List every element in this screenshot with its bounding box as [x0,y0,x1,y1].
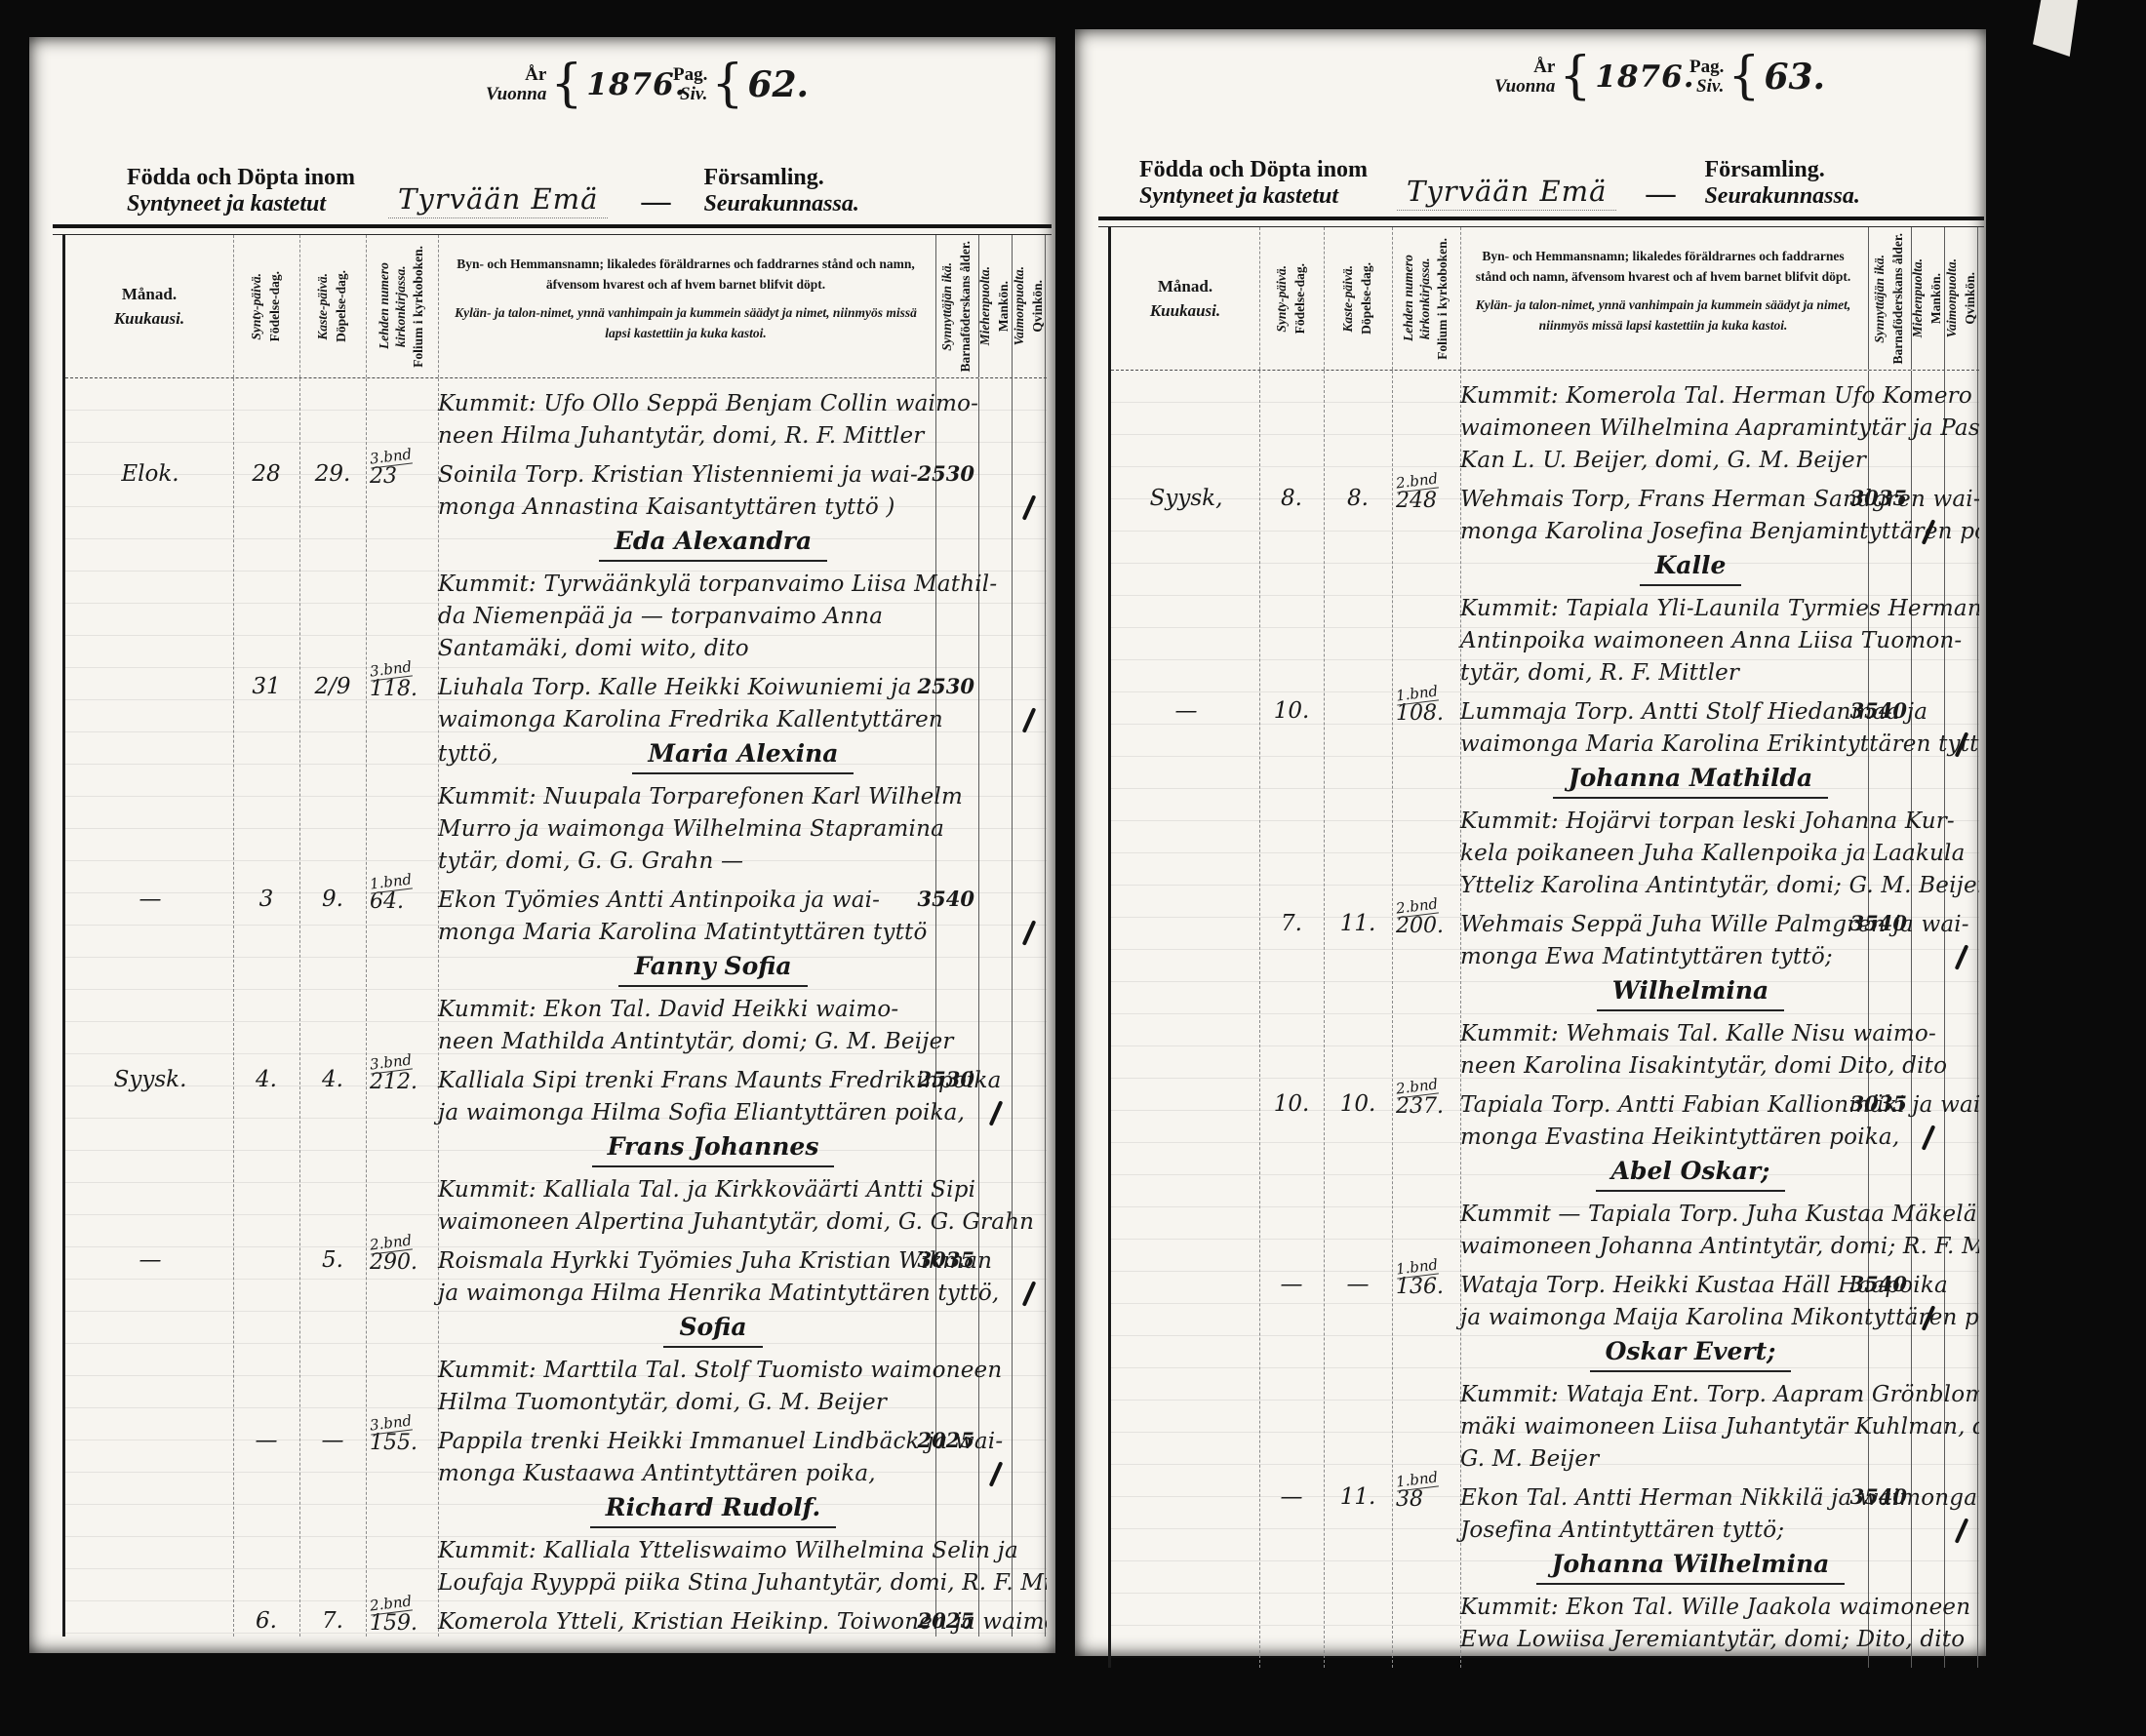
entry-birth-day: 4. [233,1067,299,1092]
child-name-line: Fanny Sofia [438,949,988,987]
godparents-line: waimoneen Wilhelmina Aapramintytär ja Pa… [1460,413,1921,445]
child-name-line: Johanna Mathilda [1460,761,1921,799]
child-name: Sofia [663,1310,762,1348]
register-entry: 6.7.2.bnd159.Komerola Ytteli, Kristian H… [65,1606,1047,1637]
entry-birth-day: — [1259,1272,1324,1297]
sex-tick-male [1922,1124,1936,1150]
register-entry: 7.11.2.bnd200.Wehmais Seppä Juha Wille P… [1111,909,1979,1011]
year-label: År Vuonna [1494,58,1555,97]
godparents-line: Kummit: Wehmais Tal. Kalle Nisu waimo- [1460,1018,1921,1050]
col-names-sv: Byn- och Hemmansnamn; likaledes föräldra… [448,255,924,296]
entry-folio-number: 108. [1396,701,1464,726]
year-block: År Vuonna { 1876. [486,64,687,105]
godparents-note: Kummit: Wehmais Tal. Kalle Nisu waimo-ne… [1111,1018,1979,1083]
child-name: Abel Oskar; [1596,1154,1786,1192]
entry-birth-day: — [233,1428,299,1453]
child-name-line: Eda Alexandra [438,524,988,562]
register-table: Månad. Kuukausi. Synty-päivä. Födelse-da… [1108,227,1979,1668]
title2-fi: Seurakunnassa. [1704,183,1859,211]
col-age-fi: Synnyttäjän ikä. [1872,255,1888,343]
child-name-line: Wilhelmina [1460,973,1921,1011]
godparents-line: G. M. Beijer [1460,1443,1921,1476]
entries-page-63: Kummit: Komerola Tal. Herman Ufo Komerow… [1111,371,1979,1656]
entry-birth-day: 28 [233,461,299,487]
col-header-female: Vaimonpuolta. Qvinkön. [1012,239,1047,374]
entry-line: Roismala Hyrkki Työmies Juha Kristian Wi… [438,1245,988,1278]
register-entry: Syysk.4.4.3.bnd212.Kalliala Sipi trenki … [65,1065,1047,1167]
page-number-value: 62. [747,64,809,105]
child-name: Oskar Evert; [1590,1334,1792,1372]
entry-folio: 2.bnd290. [366,1247,442,1275]
entry-line: Ekon Työmies Antti Antinpoika ja wai- [438,885,988,917]
mother-age: 3540 [918,887,974,911]
title-fi: Syntyneet ja kastetut [1139,183,1368,211]
entry-folio: 3.bnd23 [366,461,442,489]
pag-label-sv: Pag. [1689,58,1724,77]
entry-folio-number: 290. [370,1250,442,1275]
pag-label-fi: Siv. [673,85,707,104]
child-name: Kalle [1640,548,1742,586]
child-name-line: Sofia [438,1310,988,1348]
child-name-prefix: tyttö, [438,736,498,774]
child-name-line: Johanna Wilhelmina [1460,1547,1921,1585]
col-header-folio: Lehden numero kirkonkirjassa. Folium i k… [366,239,438,374]
entry-month: — [1117,698,1255,724]
mother-age: 3035 [1850,486,1907,510]
entry-folio-number: 237. [1396,1094,1464,1119]
godparents-note: Kummit: Marttila Tal. Stolf Tuomisto wai… [65,1355,1047,1419]
entry-line: waimonga Karolina Fredrika Kallentyttäre… [438,704,988,736]
register-title-2: Församling. Seurakunnassa. [703,165,858,218]
entry-line: waimonga Maria Karolina Erikintyttären t… [1460,729,1921,761]
register-entry: 312/93.bnd118.Liuhala Torp. Kalle Heikki… [65,672,1047,774]
entry-birth-day: 7. [1259,911,1324,936]
col-month-sv: Månad. [1158,277,1212,296]
col-birth-fi: Synty-päivä. [249,273,265,340]
title-sv: Födda och Döpta inom [127,165,355,190]
godparents-line: Kan L. U. Beijer, domi, G. M. Beijer [1460,445,1921,477]
godparents-line: Kummit: Hojärvi torpan leski Johanna Kur… [1460,806,1921,838]
godparents-line: Loufaja Ryyppä piika Stina Juhantytär, d… [438,1567,988,1599]
year-value: 1876. [586,67,686,102]
godparents-line: kela poikaneen Juha Kallenpoika ja Laaku… [1460,838,1921,870]
brace-glyph: { [711,64,743,105]
page-head: År Vuonna { 1876. Pag. Siv. { 62. [29,37,1055,144]
entry-line: Liuhala Torp. Kalle Heikki Koiwuniemi ja [438,672,988,704]
child-name-line: Richard Rudolf. [438,1490,988,1528]
col-folio-fi: Lehden numero kirkonkirjassa. [1401,231,1434,366]
pag-label-fi: Siv. [1689,77,1724,97]
entry-line: monga Ewa Matintyttären tyttö; [1460,941,1921,973]
year-label-fi: Vuonna [1494,77,1555,97]
entry-line: monga Evastina Heikintyttären poika, [1460,1122,1921,1154]
mother-age: 2025 [918,1608,974,1633]
col-header-mother-age: Synnyttäjän ikä. Barnaföderskans ålder. [1868,231,1911,366]
col-birth-fi: Synty-päivä. [1274,265,1291,333]
godparents-line: Kummit — Tapiala Torp. Juha Kustaa Mäkel… [1460,1199,1921,1231]
entry-baptism-day: 7. [299,1608,366,1634]
entry-folio: 2.bnd200. [1392,911,1464,938]
entry-month: Syysk. [71,1067,229,1092]
col-names-fi: Kylän- ja talon-nimet, ynnä vanhimpain j… [448,303,924,344]
col-header-baptism-day: Kaste-päivä. Döpelse-dag. [299,239,366,374]
entry-baptism-day: 11. [1324,1484,1392,1510]
mother-age: 2530 [918,1067,974,1091]
entry-baptism-day: 5. [299,1247,366,1273]
col-female-sv: Qvinkön. [1963,272,1979,325]
entry-month: Elok. [71,461,229,487]
year-label-fi: Vuonna [486,85,546,104]
col-header-names: Byn- och Hemmansnamn; likaledes föräldra… [438,239,934,374]
year-label-sv: År [1494,58,1555,77]
child-name-line: tyttö,Maria Alexina [438,736,988,774]
entry-baptism-day: 10. [1324,1091,1392,1117]
col-header-mother-age: Synnyttäjän ikä. Barnaföderskans ålder. [935,239,978,374]
child-name: Johanna Mathilda [1553,761,1828,799]
mother-age: 3035 [1850,1091,1907,1116]
godparents-line: Murro ja waimonga Wilhelmina Stapramina [438,813,988,846]
register-entry: Syysk,8.8.2.bnd248Wehmais Torp, Frans He… [1111,484,1979,586]
col-age-sv: Barnaföderskans ålder. [1890,233,1907,365]
entry-folio: 3.bnd155. [366,1428,442,1455]
register-page-63: År Vuonna { 1876. Pag. Siv. { 63. Födda … [1075,29,1986,1656]
godparents-line: Kummit: Ekon Tal. David Heikki waimo- [438,994,988,1026]
entry-line: Kalliala Sipi trenki Frans Maunts Fredri… [438,1065,988,1097]
page-number-label: Pag. Siv. [673,65,707,104]
godparents-line: Ytteliz Karolina Antintytär, domi; G. M.… [1460,870,1921,902]
col-age-fi: Synnyttäjän ikä. [939,262,956,351]
page-head: År Vuonna { 1876. Pag. Siv. { 63. [1075,29,1986,137]
col-female-sv: Qvinkön. [1030,280,1047,333]
title-dash: — [641,185,670,218]
col-birth-sv: Födelse-dag. [1292,263,1309,334]
entry-folio: 1.bnd136. [1392,1272,1464,1299]
entry-baptism-day: 4. [299,1067,366,1092]
sex-tick-female [1955,944,1969,969]
sex-tick-female [1022,920,1037,945]
register-entry: —10.1.bnd108.Lummaja Torp. Antti Stolf H… [1111,696,1979,799]
table-body: Kummit: Ufo Ollo Seppä Benjam Collin wai… [65,378,1047,1637]
year-block: År Vuonna { 1876. [1494,57,1695,98]
col-male-sv: Mankön. [996,281,1013,332]
godparents-note: Kummit: Komerola Tal. Herman Ufo Komerow… [1111,380,1979,477]
child-name: Frans Johannes [592,1129,835,1167]
godparents-line: Kummit: Nuupala Torparefonen Karl Wilhel… [438,781,988,813]
godparents-note: Kummit: Ekon Tal. David Heikki waimo-nee… [65,994,1047,1058]
entry-baptism-day: — [299,1428,366,1453]
brace-glyph: { [1728,57,1760,98]
col-header-birth-day: Synty-päivä. Födelse-dag. [233,239,299,374]
child-name: Wilhelmina [1597,973,1785,1011]
sex-tick-male [989,1461,1004,1486]
entry-folio-number: 118. [370,677,442,701]
title2-sv: Församling. [703,165,823,190]
entry-folio-number: 136. [1396,1275,1464,1299]
godparents-note: Kummit: Ufo Ollo Seppä Benjam Collin wai… [65,388,1047,453]
godparents-line: waimoneen Johanna Antintytär, domi; R. F… [1460,1231,1921,1263]
godparents-note: Kummit: Ekon Tal. Wille Jaakola waimonee… [1111,1592,1979,1656]
entry-folio: 1.bnd38 [1392,1484,1464,1512]
col-header-baptism-day: Kaste-päivä. Döpelse-dag. [1324,231,1392,366]
sex-tick-male [989,1100,1004,1125]
entry-line: Josefina Antintyttären tyttö; [1460,1515,1921,1547]
godparents-note: Kummit: Kalliala Tal. ja Kirkkoväärti An… [65,1174,1047,1239]
brace-glyph: { [1559,57,1591,98]
mother-age: 3540 [1850,1272,1907,1296]
godparents-line: tytär, domi, R. F. Mittler [1460,657,1921,690]
entry-folio-number: 248 [1396,489,1464,513]
entry-line: ja waimonga Hilma Henrika Matintyttären … [438,1278,988,1310]
col-month-sv: Månad. [122,285,177,303]
col-male-fi: Miehenpuolta. [977,266,994,345]
godparents-line: Kummit: Marttila Tal. Stolf Tuomisto wai… [438,1355,988,1387]
title-row: Födda och Döpta inom Syntyneet ja kastet… [29,144,1055,224]
child-name: Richard Rudolf. [590,1490,836,1528]
col-folio-sv: Folium i kyrkoboken. [1435,238,1451,360]
entry-baptism-day: 9. [299,887,366,912]
col-header-folio: Lehden numero kirkonkirjassa. Folium i k… [1392,231,1460,366]
register-entry: —39.1.bnd64.Ekon Työmies Antti Antinpoik… [65,885,1047,987]
entries-page-62: Kummit: Ufo Ollo Seppä Benjam Collin wai… [65,378,1047,1637]
mother-age: 3540 [1850,1484,1907,1509]
child-name-line: Frans Johannes [438,1129,988,1167]
godparents-line: Kummit: Ekon Tal. Wille Jaakola waimonee… [1460,1592,1921,1624]
godparents-note: Kummit — Tapiala Torp. Juha Kustaa Mäkel… [1111,1199,1979,1263]
register-entry: ——1.bnd136.Wataja Torp. Heikki Kustaa Hä… [1111,1270,1979,1372]
brace-glyph: { [550,64,582,105]
entry-line: Pappila trenki Heikki Immanuel Lindbäck … [438,1426,988,1458]
table-header: Månad. Kuukausi. Synty-päivä. Födelse-da… [1111,227,1979,371]
entry-month: — [71,887,229,912]
entry-folio-number: 159. [370,1611,442,1636]
mother-age: 3540 [1850,698,1907,723]
entry-month: — [71,1247,229,1273]
col-header-male: Miehenpuolta. Mankön. [978,239,1012,374]
page-number-label: Pag. Siv. [1689,58,1724,97]
entry-line: ja waimonga Maija Karolina Mikontyttären… [1460,1302,1921,1334]
entry-folio-number: 23 [370,464,442,489]
godparents-line: Kummit: Komerola Tal. Herman Ufo Komero [1460,380,1921,413]
entry-birth-day: 10. [1259,1091,1324,1117]
child-name: Fanny Sofia [618,949,807,987]
godparents-line: mäki waimoneen Liisa Juhantytär Kuhlman,… [1460,1411,1921,1443]
child-name-line: Abel Oskar; [1460,1154,1921,1192]
entry-folio: 3.bnd212. [366,1067,442,1094]
col-header-birth-day: Synty-päivä. Födelse-dag. [1259,231,1324,366]
pag-label-sv: Pag. [673,65,707,85]
col-names-sv: Byn- och Hemmansnamn; likaledes föräldra… [1470,247,1856,288]
col-names-fi: Kylän- ja talon-nimet, ynnä vanhimpain j… [1470,296,1856,336]
parish-name-handwritten: Tyrvään Emä [1397,175,1616,211]
col-header-female: Vaimonpuolta. Qvinkön. [1944,231,1979,366]
entry-line: Soinila Torp. Kristian Ylistenniemi ja w… [438,459,988,492]
entry-line: ja waimonga Hilma Sofia Eliantyttären po… [438,1097,988,1129]
godparents-line: Antinpoika waimoneen Anna Liisa Tuomon- [1460,625,1921,657]
godparents-note: Kummit: Hojärvi torpan leski Johanna Kur… [1111,806,1979,902]
page-number-value: 63. [1764,57,1825,98]
entry-folio: 2.bnd237. [1392,1091,1464,1119]
table-body: Kummit: Komerola Tal. Herman Ufo Komerow… [1111,371,1979,1668]
entry-birth-day: 3 [233,887,299,912]
register-title-2: Församling. Seurakunnassa. [1704,157,1859,211]
entry-line: monga Annastina Kaisantyttären tyttö ) [438,492,988,524]
entry-folio: 1.bnd108. [1392,698,1464,726]
godparents-line: Hilma Tuomontytär, domi, G. M. Beijer [438,1387,988,1419]
col-month-fi: Kuukausi. [1150,298,1220,324]
entry-folio-number: 200. [1396,914,1464,938]
mother-age: 2530 [918,461,974,486]
col-male-sv: Mankön. [1928,273,1945,324]
col-male-fi: Miehenpuolta. [1910,258,1927,337]
mother-age: 3540 [1850,911,1907,935]
entry-birth-day: 10. [1259,698,1324,724]
year-value: 1876. [1595,59,1694,95]
godparents-note: Kummit: Kalliala Ytteliswaimo Wilhelmina… [65,1535,1047,1599]
title2-fi: Seurakunnassa. [703,191,858,218]
col-folio-sv: Folium i kyrkoboken. [411,246,427,368]
col-header-names: Byn- och Hemmansnamn; likaledes föräldra… [1460,231,1866,366]
sex-tick-female [1022,494,1037,520]
register-entry: —11.1.bnd38Ekon Tal. Antti Herman Nikkil… [1111,1482,1979,1585]
sex-tick-female [1022,707,1037,732]
entry-baptism-day: 29. [299,461,366,487]
col-female-fi: Vaimonpuolta. [1944,258,1961,337]
godparents-note: Kummit: Tapiala Yli-Launila Tyrmies Herm… [1111,593,1979,690]
register-entry: ——3.bnd155.Pappila trenki Heikki Immanue… [65,1426,1047,1528]
entry-birth-day: 8. [1259,486,1324,511]
col-header-month: Månad. Kuukausi. [65,239,233,374]
child-name: Johanna Wilhelmina [1536,1547,1846,1585]
sex-tick-female [1022,1281,1037,1306]
title-rule [53,224,1052,235]
title-row: Födda och Döpta inom Syntyneet ja kastet… [1075,137,1986,217]
entry-birth-day: 31 [233,674,299,699]
godparents-note: Kummit: Nuupala Torparefonen Karl Wilhel… [65,781,1047,878]
entry-folio: 1.bnd64. [366,887,442,914]
col-month-fi: Kuukausi. [114,306,184,332]
entry-month: Syysk, [1117,486,1255,511]
godparents-line: Kummit: Kalliala Ytteliswaimo Wilhelmina… [438,1535,988,1567]
register-page-62: År Vuonna { 1876. Pag. Siv. { 62. Födda … [29,37,1055,1653]
godparents-line: neen Karolina Iisakintytär, domi Dito, d… [1460,1050,1921,1083]
register-entry: Elok.2829.3.bnd23Soinila Torp. Kristian … [65,459,1047,562]
entry-baptism-day: 8. [1324,486,1392,511]
entry-line: Komerola Ytteli, Kristian Heikinp. Toiwo… [438,1606,988,1637]
mother-age: 2025 [918,1428,974,1452]
mother-age: 3035 [918,1247,974,1272]
entry-folio-number: 212. [370,1070,442,1094]
godparents-line: tytär, domi, G. G. Grahn — [438,846,988,878]
title2-sv: Församling. [1704,157,1824,182]
entry-line: monga Maria Karolina Matintyttären tyttö [438,917,988,949]
godparents-line: da Niemenpää ja — torpanvaimo Anna [438,601,988,633]
register-entry: 10.10.2.bnd237.Tapiala Torp. Antti Fabia… [1111,1089,1979,1192]
godparents-line: Santamäki, domi wito, dito [438,633,988,665]
entry-folio: 3.bnd118. [366,674,442,701]
godparents-note: Kummit: Tyrwäänkylä torpanvaimo Liisa Ma… [65,569,1047,665]
entry-line: monga Kustaawa Antintyttären poika, [438,1458,988,1490]
parish-name-handwritten: Tyrvään Emä [388,182,608,218]
entry-folio: 2.bnd159. [366,1608,442,1636]
entry-birth-day: — [1259,1484,1324,1510]
godparents-line: Kummit: Ufo Ollo Seppä Benjam Collin wai… [438,388,988,420]
entry-folio-number: 38 [1396,1487,1464,1512]
year-label-sv: År [486,65,546,85]
godparents-line: Kummit: Kalliala Tal. ja Kirkkoväärti An… [438,1174,988,1206]
scanned-register-spread: År Vuonna { 1876. Pag. Siv. { 62. Födda … [0,0,2146,1736]
register-table: Månad. Kuukausi. Synty-päivä. Födelse-da… [62,235,1047,1637]
col-female-fi: Vaimonpuolta. [1012,266,1028,345]
entry-folio: 2.bnd248 [1392,486,1464,513]
register-entry: —5.2.bnd290.Roismala Hyrkki Työmies Juha… [65,1245,1047,1348]
godparents-line: neen Mathilda Antintytär, domi; G. M. Be… [438,1026,988,1058]
entry-baptism-day: 11. [1324,911,1392,936]
godparents-line: Kummit: Tyrwäänkylä torpanvaimo Liisa Ma… [438,569,988,601]
entry-folio-number: 64. [370,889,442,914]
title-fi: Syntyneet ja kastetut [127,191,355,218]
col-folio-fi: Lehden numero kirkonkirjassa. [377,239,410,374]
entry-line: monga Karolina Josefina Benjamintyttären… [1460,516,1921,548]
entry-baptism-day: 2/9 [299,674,366,699]
entry-birth-day: 6. [233,1608,299,1634]
sex-tick-female [1955,1518,1969,1543]
table-header: Månad. Kuukausi. Synty-päivä. Födelse-da… [65,235,1047,378]
col-baptism-fi: Kaste-päivä. [1340,265,1357,333]
godparents-line: Ewa Lowiisa Jeremiantytär, domi; Dito, d… [1460,1624,1921,1656]
mother-age: 2530 [918,674,974,698]
page-number-block: Pag. Siv. { 62. [673,64,809,105]
paper-edge-notch [2033,0,2078,57]
col-baptism-sv: Döpelse-dag. [1359,262,1375,335]
title-rule [1098,217,1984,227]
year-label: År Vuonna [486,65,546,104]
godparents-line: waimoneen Alpertina Juhantytär, domi, G.… [438,1206,988,1239]
col-header-month: Månad. Kuukausi. [1111,231,1259,366]
godparents-line: Kummit: Wataja Ent. Torp. Aapram Grönblo… [1460,1379,1921,1411]
col-baptism-fi: Kaste-päivä. [315,273,332,340]
col-baptism-sv: Döpelse-dag. [334,270,350,342]
child-name: Maria Alexina [632,736,854,774]
title-sv: Födda och Döpta inom [1139,157,1368,182]
register-title: Födda och Döpta inom Syntyneet ja kastet… [127,165,355,218]
child-name-line: Kalle [1460,548,1921,586]
col-birth-sv: Födelse-dag. [267,271,284,341]
page-number-block: Pag. Siv. { 63. [1689,57,1825,98]
child-name-line: Oskar Evert; [1460,1334,1921,1372]
godparents-line: Kummit: Tapiala Yli-Launila Tyrmies Herm… [1460,593,1921,625]
entry-folio-number: 155. [370,1431,442,1455]
col-age-sv: Barnaföderskans ålder. [958,241,974,373]
col-header-male: Miehenpuolta. Mankön. [1911,231,1944,366]
child-name: Eda Alexandra [599,524,827,562]
godparents-line: neen Hilma Juhantytär, domi, R. F. Mittl… [438,420,988,453]
register-title: Födda och Döpta inom Syntyneet ja kastet… [1139,157,1368,211]
title-dash: — [1646,178,1675,211]
godparents-note: Kummit: Wataja Ent. Torp. Aapram Grönblo… [1111,1379,1979,1476]
entry-baptism-day: — [1324,1272,1392,1297]
